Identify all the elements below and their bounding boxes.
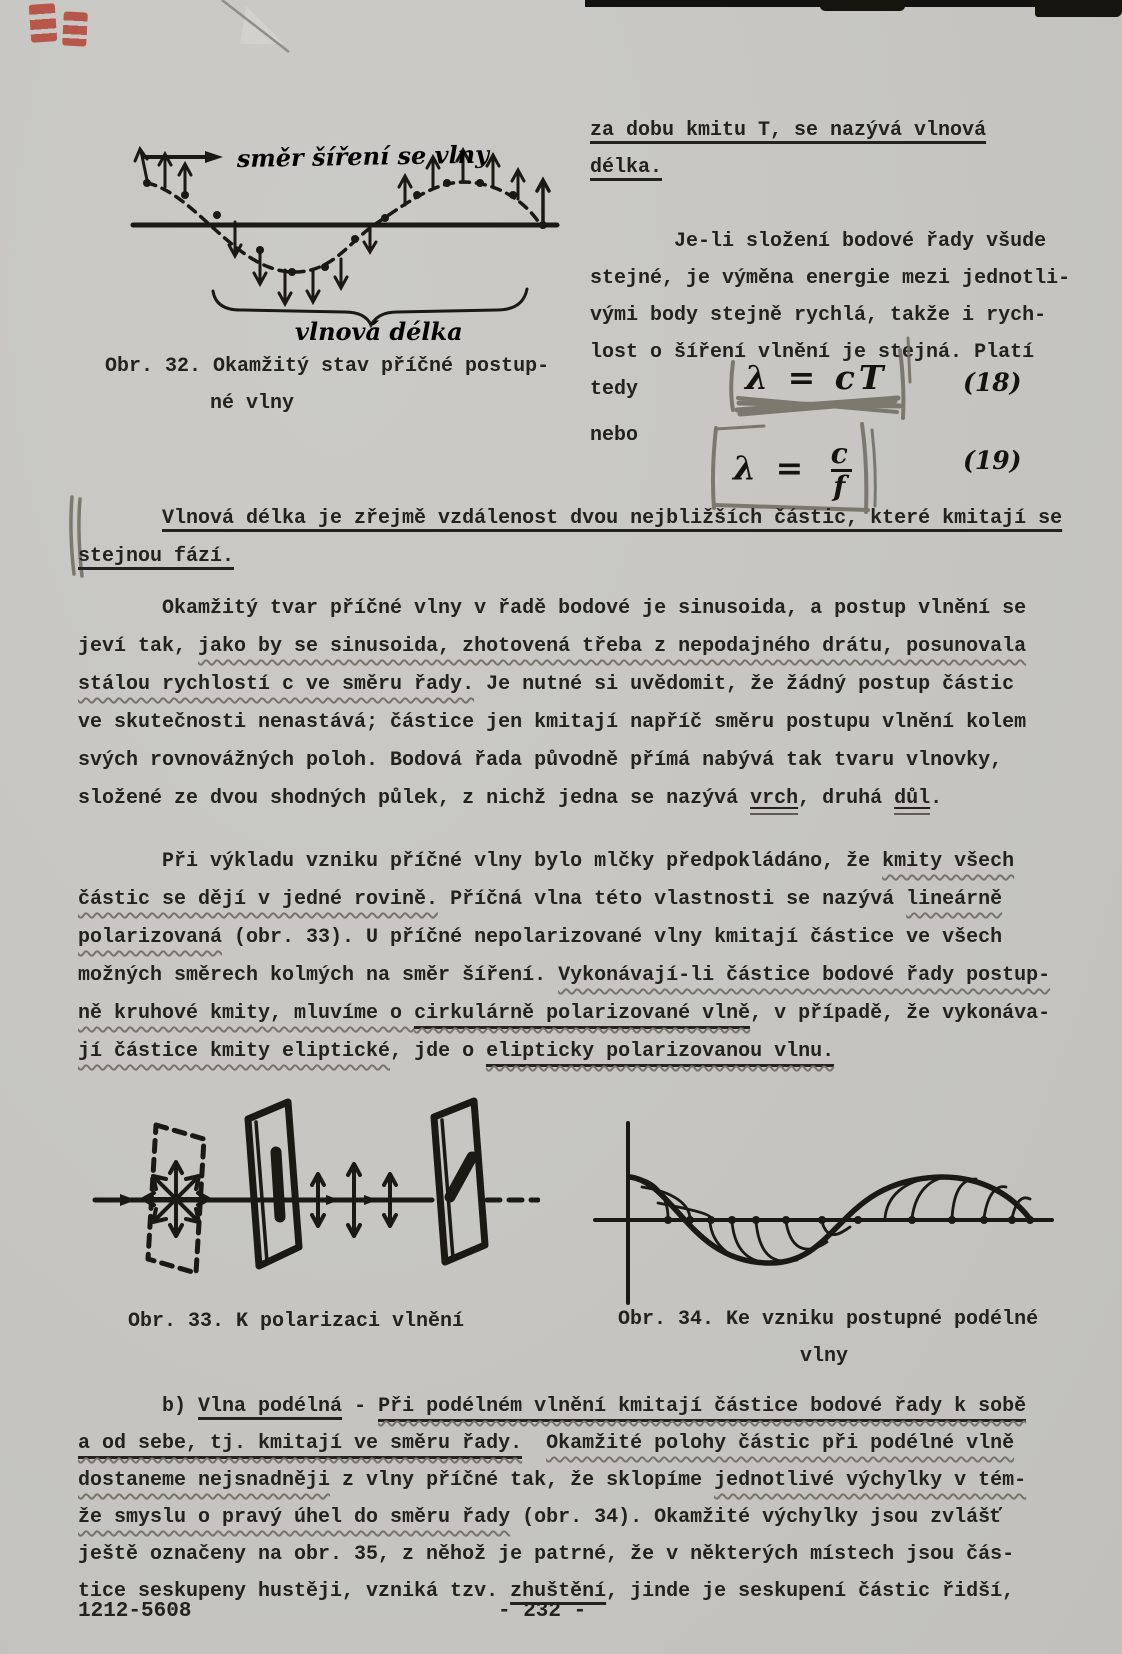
text-line: ještě označeny na obr. 35, z něhož je pa… bbox=[78, 1536, 1026, 1573]
scan-top-corner-blob bbox=[1035, 0, 1122, 17]
text-line: dostaneme nejsnadněji z vlny příčné tak,… bbox=[78, 1462, 1026, 1499]
text-line: Při výkladu vzniku příčné vlny bylo mlčk… bbox=[78, 843, 1050, 881]
equation-18-number: (18) bbox=[963, 368, 1021, 397]
text-line: a od sebe, tj. kmitají ve směru řady. Ok… bbox=[78, 1425, 1026, 1462]
footer-document-number: 1212-5608 bbox=[78, 1600, 191, 1623]
fig32-caption-line2: né vlny bbox=[210, 392, 294, 415]
text-line: že smyslu o pravý úhel do směru řady (ob… bbox=[78, 1499, 1026, 1536]
text-line: polarizovaná (obr. 33). U příčné nepolar… bbox=[78, 919, 1050, 957]
text-line: částic se dějí v jedné rovině. Příčná vl… bbox=[78, 881, 1050, 919]
fraction-numerator: c bbox=[831, 440, 852, 468]
text-line: délka. bbox=[590, 149, 1070, 186]
equation-19: λ = c f bbox=[733, 440, 852, 501]
equation-19-number: (19) bbox=[963, 446, 1021, 475]
text-line: složené ze dvou shodných půlek, z nichž … bbox=[78, 780, 1026, 818]
fig34-caption-line2: vlny bbox=[800, 1345, 848, 1368]
text-line: jeví tak, jako by se sinusoida, zhotoven… bbox=[78, 628, 1026, 666]
text-line: svých rovnovážných poloh. Bodová řada pů… bbox=[78, 742, 1026, 780]
paragraph-pri-vykladu: Při výkladu vzniku příčné vlny bylo mlčk… bbox=[78, 843, 1050, 1071]
paragraph-okamzity-tvar: Okamžitý tvar příčné vlny v řadě bodové … bbox=[78, 590, 1026, 818]
paragraph-vlna-podelna: b) Vlna podélná - Při podélném vlnění km… bbox=[78, 1388, 1026, 1610]
text-line: stálou rychlostí c ve směru řady. Je nut… bbox=[78, 666, 1026, 704]
text-line: stejné, je výměna energie mezi jednotli- bbox=[590, 260, 1070, 297]
text-line: b) Vlna podélná - Při podélném vlnění km… bbox=[78, 1388, 1026, 1425]
figure-32-transverse-wave-diagram: směr šíření se vlny vlnová délka bbox=[85, 125, 575, 350]
red-stamp-mark bbox=[62, 11, 88, 46]
text-line: ve skutečnosti nenastává; částice jen km… bbox=[78, 704, 1026, 742]
text-line: za dobu kmitu T, se nazývá vlnová bbox=[590, 112, 1070, 149]
fig32-direction-label: směr šíření se vlny bbox=[236, 140, 492, 173]
fig32-wavelength-label: vlnová délka bbox=[295, 317, 463, 346]
equation-18: λ = cT bbox=[745, 358, 887, 397]
fig33-caption: Obr. 33. K polarizaci vlnění bbox=[128, 1310, 464, 1333]
paragraph-vlnova-delka: Vlnová délka je zřejmě vzdálenost dvou n… bbox=[78, 500, 1062, 576]
text-line: jí částice kmity eliptické, jde o elipti… bbox=[78, 1033, 1050, 1071]
footer-page-number: - 232 - bbox=[498, 1600, 586, 1623]
text-line: Je-li složení bodové řady všude bbox=[590, 223, 1070, 260]
fraction-denominator: f bbox=[831, 473, 852, 501]
figure-34-longitudinal-wave-diagram bbox=[590, 1115, 1070, 1310]
text-line bbox=[590, 186, 1070, 223]
fig34-caption-line1: Obr. 34. Ke vzniku postupné podélné bbox=[618, 1308, 1038, 1331]
nebo-label: nebo bbox=[590, 424, 638, 447]
scanned-textbook-page: směr šíření se vlny vlnová délka Obr. 32… bbox=[0, 0, 1122, 1654]
text-line: Okamžitý tvar příčné vlny v řadě bodové … bbox=[78, 590, 1026, 628]
figure-33-polarization-diagram bbox=[90, 1095, 540, 1295]
fig32-caption-line1: Obr. 32. Okamžitý stav příčné postup- bbox=[105, 355, 549, 378]
text-line: možných směrech kolmých na směr šíření. … bbox=[78, 957, 1050, 995]
scan-top-edge-blob bbox=[820, 0, 905, 11]
red-stamp-mark bbox=[29, 3, 58, 43]
text-line: Vlnová délka je zřejmě vzdálenost dvou n… bbox=[78, 500, 1062, 538]
text-line: stejnou fází. bbox=[78, 538, 1062, 576]
text-line: ně kruhové kmity, mluvíme o cirkulárně p… bbox=[78, 995, 1050, 1033]
text-line: vými body stejně rychlá, takže i rych- bbox=[590, 297, 1070, 334]
